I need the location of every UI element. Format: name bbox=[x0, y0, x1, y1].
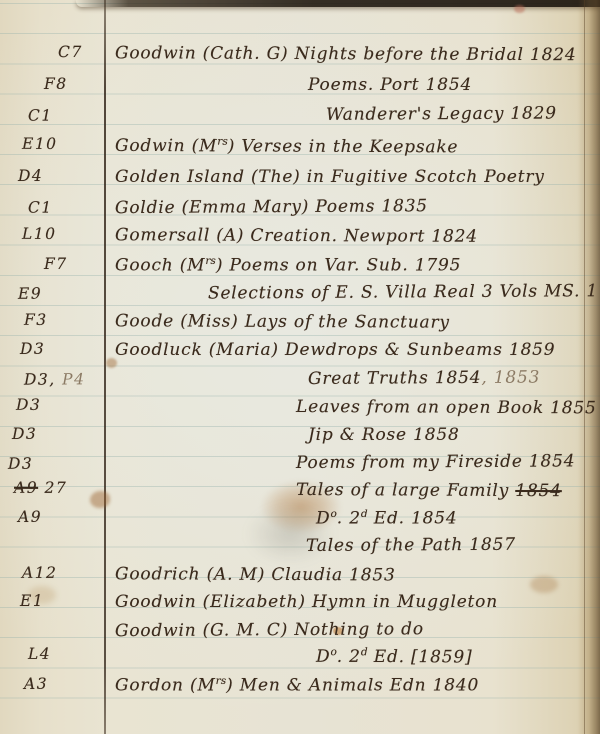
shelf-mark: C1 bbox=[28, 199, 53, 217]
text-fragment: Goodwin (G. M. C) Nothing to do bbox=[115, 619, 424, 641]
text-fragment: D3 bbox=[20, 340, 45, 358]
text-fragment: Goode (Miss) Lays of the Sanctuary bbox=[115, 311, 450, 332]
text-fragment: Goodluck (Maria) Dewdrops & Sunbeams 185… bbox=[115, 340, 555, 360]
text-fragment: Wanderer's Legacy 1829 bbox=[326, 103, 557, 124]
text-fragment: rs bbox=[216, 675, 226, 687]
text-fragment: C1 bbox=[28, 107, 53, 125]
text-fragment: E1 bbox=[20, 592, 44, 610]
ledger-row: L10Gomersall (A) Creation. Newport 1824 bbox=[0, 225, 600, 258]
text-fragment: D3 bbox=[12, 425, 37, 443]
text-fragment: ) Men & Animals Edn 1840 bbox=[226, 676, 479, 696]
entry-text: Jip & Rose 1858 bbox=[308, 425, 460, 445]
text-fragment: F3 bbox=[24, 311, 48, 329]
text-fragment: Tales of the Path 1857 bbox=[306, 535, 516, 556]
text-fragment: A9 bbox=[14, 479, 38, 497]
shelf-mark: C1 bbox=[28, 107, 53, 125]
text-fragment: L4 bbox=[28, 645, 51, 663]
entry-text: Godwin (Mrs) Verses in the Keepsake bbox=[115, 135, 458, 157]
ledger-row: D3Goodluck (Maria) Dewdrops & Sunbeams 1… bbox=[0, 340, 600, 370]
shelf-mark: F8 bbox=[44, 75, 68, 93]
text-fragment: D3 bbox=[8, 455, 33, 473]
text-fragment: Poems. Port 1854 bbox=[308, 75, 472, 95]
shelf-mark: D3, P4 bbox=[24, 370, 86, 388]
shelf-mark: F7 bbox=[44, 255, 68, 273]
shelf-mark: D3 bbox=[20, 340, 45, 358]
entry-text: Goodrich (A. M) Claudia 1853 bbox=[115, 564, 396, 585]
text-fragment: Poems from my Fireside 1854 bbox=[296, 451, 576, 473]
text-fragment: rs bbox=[205, 255, 215, 267]
shelf-mark: L4 bbox=[28, 645, 51, 663]
text-fragment: Goodrich (A. M) Claudia 1853 bbox=[115, 564, 396, 585]
ledger-row: D3Jip & Rose 1858 bbox=[0, 425, 600, 455]
ledger-row: E1Goodwin (Elizabeth) Hymn in Muggleton bbox=[0, 592, 600, 622]
text-fragment: A3 bbox=[24, 675, 48, 693]
entry-text: Leaves from an open Book 1855 bbox=[296, 397, 597, 418]
text-fragment: Selections of E. S. Villa Real 3 Vols MS… bbox=[208, 281, 600, 304]
entry-text: Golden Island (The) in Fugitive Scotch P… bbox=[115, 167, 545, 187]
ledger-row: D3Leaves from an open Book 1855 bbox=[0, 396, 600, 429]
text-fragment: Goodwin (Elizabeth) Hymn in Muggleton bbox=[115, 592, 498, 612]
entry-text: Tales of a large Family 1854 bbox=[296, 480, 562, 501]
text-fragment: F7 bbox=[44, 255, 68, 273]
text-fragment: Leaves from an open Book 1855 bbox=[296, 397, 597, 418]
ledger-row: D4Golden Island (The) in Fugitive Scotch… bbox=[0, 167, 600, 197]
shelf-mark: D3 bbox=[16, 396, 41, 414]
text-fragment: ) Verses in the Keepsake bbox=[228, 136, 459, 157]
shelf-mark: A9 27 bbox=[14, 479, 67, 497]
entry-text: Do. 2d Ed. [1859] bbox=[316, 646, 472, 667]
text-fragment: 27 bbox=[38, 479, 67, 497]
entry-text: Wanderer's Legacy 1829 bbox=[326, 103, 557, 124]
text-fragment: . 2 bbox=[337, 509, 361, 529]
entry-text: Gordon (Mrs) Men & Animals Edn 1840 bbox=[115, 675, 479, 696]
ledger-row: F8Poems. Port 1854 bbox=[0, 75, 600, 105]
text-fragment: Jip & Rose 1858 bbox=[308, 425, 460, 445]
ledger-row: L4Do. 2d Ed. [1859] bbox=[0, 645, 600, 678]
shelf-mark: E9 bbox=[18, 285, 42, 303]
ledger-row: A3Gordon (Mrs) Men & Animals Edn 1840 bbox=[0, 675, 600, 705]
ledger-row: E9Selections of E. S. Villa Real 3 Vols … bbox=[0, 281, 600, 315]
entry-text: Great Truths 1854, 1853 bbox=[308, 368, 540, 389]
entry-text: Gomersall (A) Creation. Newport 1824 bbox=[115, 225, 478, 247]
entry-text: Tales of the Path 1857 bbox=[306, 535, 516, 556]
entry-text: Selections of E. S. Villa Real 3 Vols MS… bbox=[208, 281, 600, 304]
text-fragment: rs bbox=[217, 136, 228, 148]
ledger-row: F3Goode (Miss) Lays of the Sanctuary bbox=[0, 311, 600, 344]
text-fragment: D3, bbox=[24, 370, 56, 388]
text-fragment: . 2 bbox=[337, 647, 361, 667]
shelf-mark: A12 bbox=[22, 564, 58, 582]
ledger-row: C1Goldie (Emma Mary) Poems 1835 bbox=[0, 195, 600, 229]
shelf-mark: D4 bbox=[18, 167, 43, 185]
text-fragment: E10 bbox=[22, 135, 58, 153]
ledger-row: C1Wanderer's Legacy 1829 bbox=[0, 103, 600, 137]
text-fragment: Tales of a large Family bbox=[296, 480, 515, 501]
ledger-row: F7Gooch (Mrs) Poems on Var. Sub. 1795 bbox=[0, 255, 600, 285]
ledger-page: C7Goodwin (Cath. G) Nights before the Br… bbox=[0, 0, 600, 734]
ledger-row: E10Godwin (Mrs) Verses in the Keepsake bbox=[0, 135, 600, 168]
shelf-mark: C7 bbox=[58, 43, 83, 61]
shelf-mark: D3 bbox=[8, 455, 33, 473]
text-fragment: C7 bbox=[58, 43, 83, 61]
shelf-mark: A3 bbox=[24, 675, 48, 693]
text-fragment: Godwin (M bbox=[115, 136, 217, 156]
text-fragment: A9 bbox=[18, 508, 42, 526]
entry-text: Goode (Miss) Lays of the Sanctuary bbox=[115, 311, 450, 332]
text-fragment: D3 bbox=[16, 396, 41, 414]
ledger-row: A9 27Tales of a large Family 1854 bbox=[0, 479, 600, 512]
entry-text: Goodluck (Maria) Dewdrops & Sunbeams 185… bbox=[115, 340, 555, 360]
shelf-mark: E10 bbox=[22, 135, 58, 153]
text-fragment: Ed. 1854 bbox=[368, 509, 458, 529]
text-fragment: , 1853 bbox=[481, 368, 540, 388]
text-fragment: F8 bbox=[44, 75, 68, 93]
shelf-mark: F3 bbox=[24, 311, 48, 329]
text-fragment: A12 bbox=[22, 564, 58, 582]
page-top-shadow bbox=[76, 0, 600, 7]
entry-text: Goodwin (Elizabeth) Hymn in Muggleton bbox=[115, 592, 498, 612]
text-fragment: Gomersall (A) Creation. Newport 1824 bbox=[115, 225, 478, 247]
text-fragment: Ed. [1859] bbox=[368, 647, 473, 667]
text-fragment: C1 bbox=[28, 199, 53, 217]
text-fragment: P4 bbox=[56, 370, 86, 388]
entry-text: Do. 2d Ed. 1854 bbox=[316, 508, 458, 529]
text-fragment: Goodwin (Cath. G) Nights before the Brid… bbox=[115, 43, 577, 65]
shelf-mark: D3 bbox=[12, 425, 37, 443]
text-fragment: D4 bbox=[18, 167, 43, 185]
shelf-mark: L10 bbox=[22, 225, 57, 243]
text-fragment: D bbox=[316, 509, 330, 529]
text-fragment: D bbox=[316, 647, 331, 667]
entry-text: Poems from my Fireside 1854 bbox=[296, 451, 576, 473]
text-fragment: 1854 bbox=[515, 481, 562, 501]
shelf-mark: A9 bbox=[18, 508, 42, 526]
text-fragment: Gooch (M bbox=[115, 256, 205, 276]
text-fragment: E9 bbox=[18, 285, 42, 303]
entry-text: Goodwin (G. M. C) Nothing to do bbox=[115, 619, 424, 641]
text-fragment: d bbox=[361, 508, 368, 520]
ledger-row: Tales of the Path 1857 bbox=[0, 534, 600, 568]
shelf-mark: E1 bbox=[20, 592, 44, 610]
text-fragment: L10 bbox=[22, 225, 57, 243]
text-fragment: Great Truths 1854 bbox=[308, 368, 481, 389]
text-fragment: Gordon (M bbox=[115, 676, 216, 696]
text-fragment: Goldie (Emma Mary) Poems 1835 bbox=[115, 196, 428, 218]
entry-text: Gooch (Mrs) Poems on Var. Sub. 1795 bbox=[115, 255, 461, 276]
ledger-row: A9Do. 2d Ed. 1854 bbox=[0, 508, 600, 538]
text-fragment: Golden Island (The) in Fugitive Scotch P… bbox=[115, 167, 545, 187]
ledger-row: C7Goodwin (Cath. G) Nights before the Br… bbox=[0, 43, 600, 76]
entry-text: Poems. Port 1854 bbox=[308, 75, 472, 95]
text-fragment: ) Poems on Var. Sub. 1795 bbox=[216, 256, 461, 276]
entry-text: Goldie (Emma Mary) Poems 1835 bbox=[115, 196, 428, 218]
entry-text: Goodwin (Cath. G) Nights before the Brid… bbox=[115, 43, 577, 65]
